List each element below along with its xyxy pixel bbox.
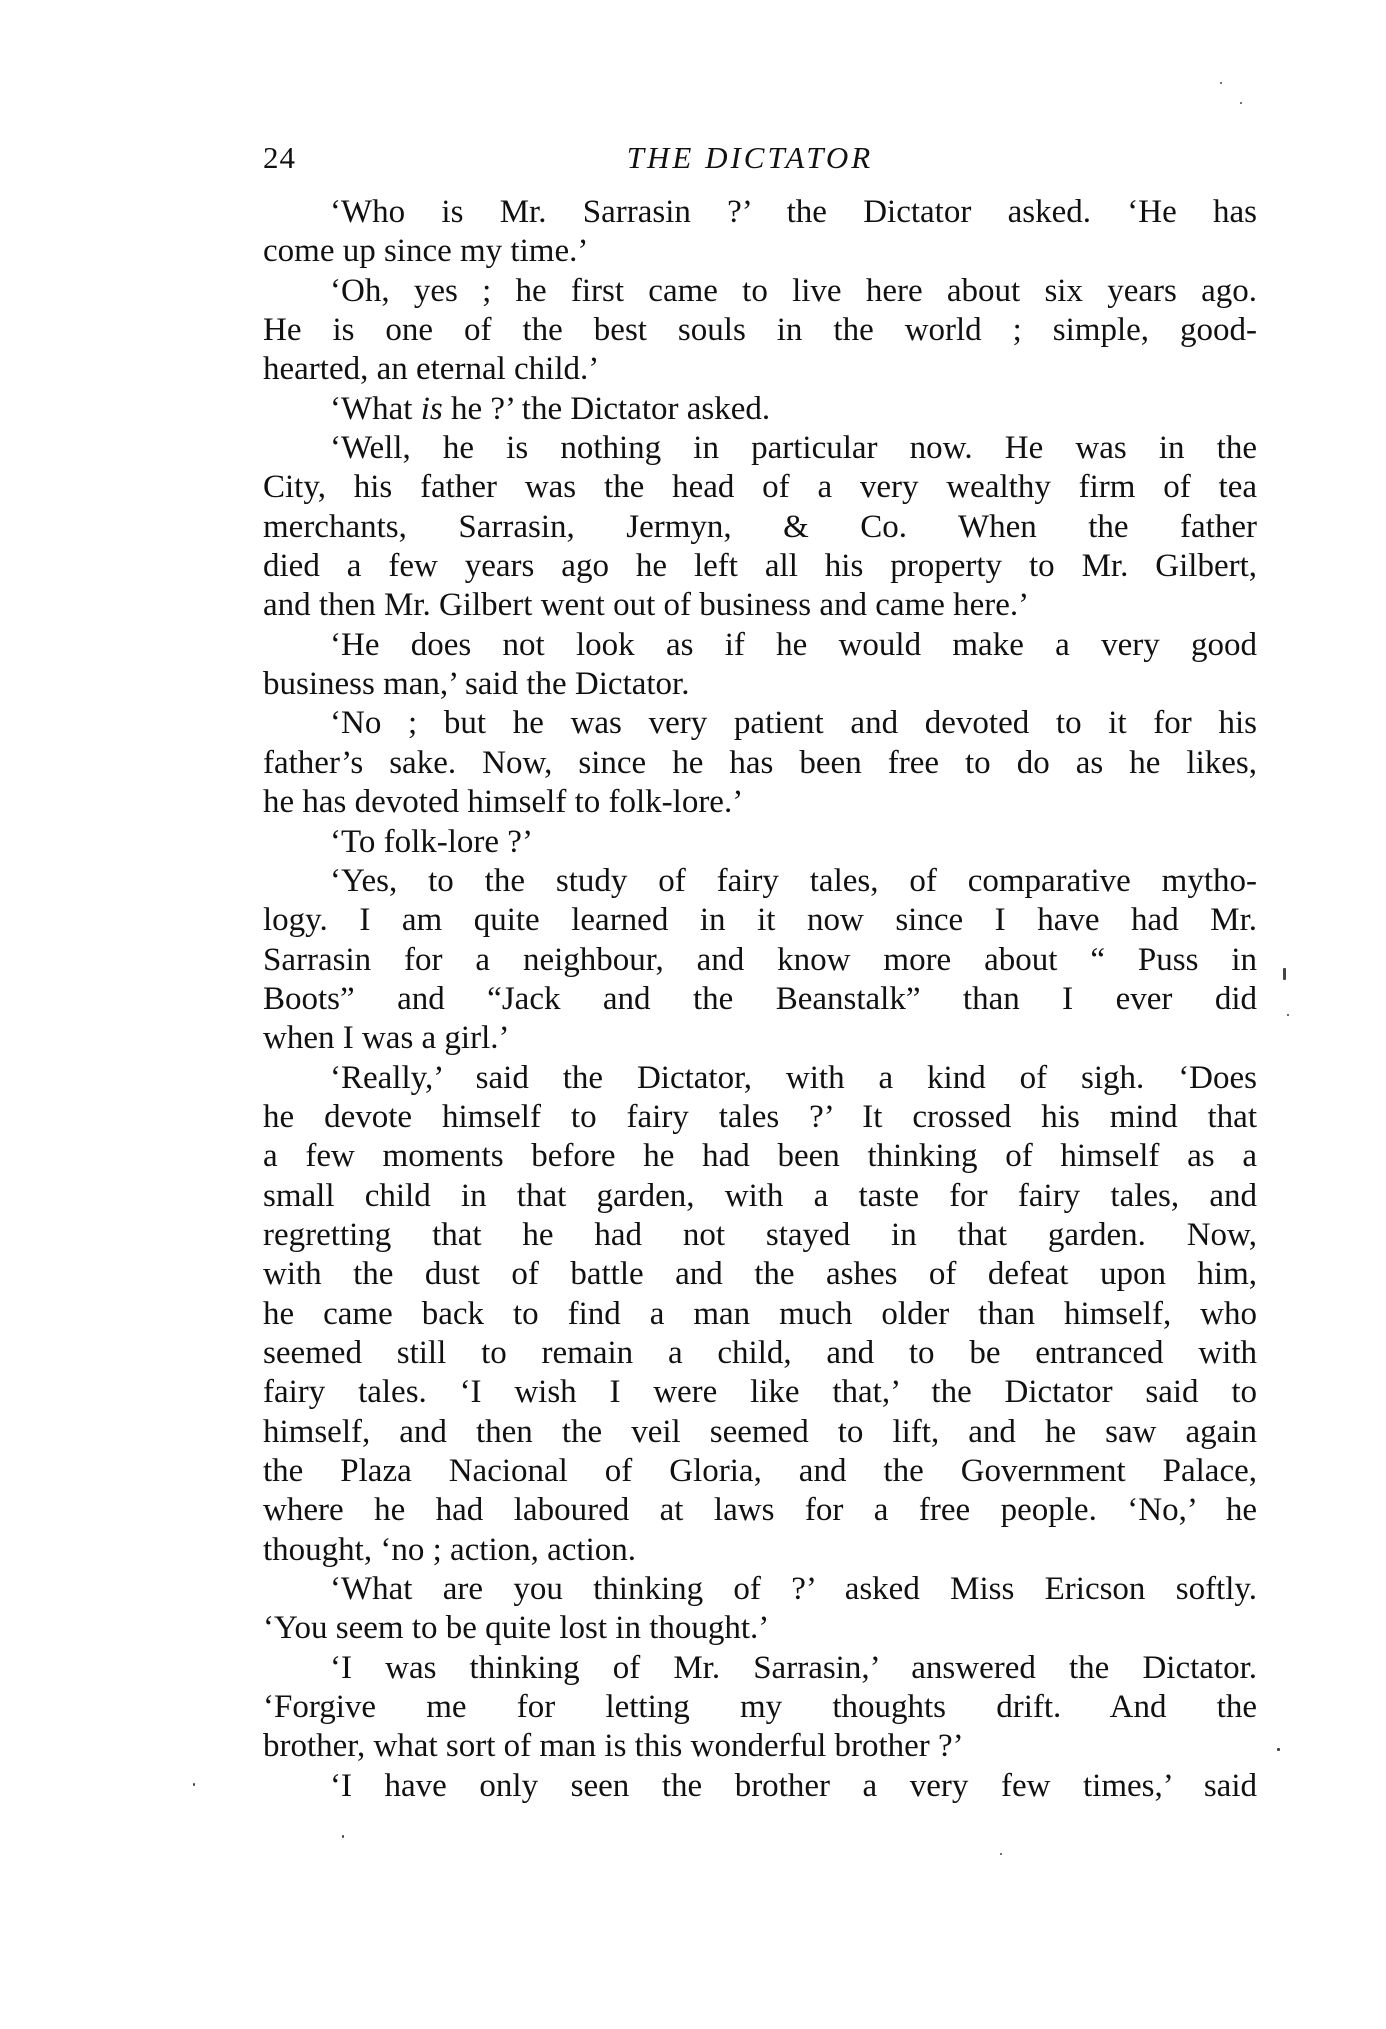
book-page: 24 THE DICTATOR ‘Who is Mr. Sarrasin ?’ … bbox=[0, 0, 1386, 2029]
italic-emphasis: is bbox=[421, 391, 443, 427]
text-line: died a few years ago he left all his pro… bbox=[263, 547, 1257, 586]
text-line: ‘I have only seen the brother a very few… bbox=[263, 1767, 1257, 1806]
text-line: logy. I am quite learned in it now since… bbox=[263, 901, 1257, 940]
text-line: fairy tales. ‘I wish I were like that,’ … bbox=[263, 1373, 1257, 1412]
text-line: hearted, an eternal child.’ bbox=[263, 350, 1257, 389]
text-line: thought, ‘no ; action, action. bbox=[263, 1531, 1257, 1570]
text-line: ‘To folk-lore ?’ bbox=[263, 823, 1257, 862]
scan-speck bbox=[342, 1835, 344, 1838]
text-line: he came back to find a man much older th… bbox=[263, 1295, 1257, 1334]
scan-speck bbox=[1000, 1853, 1002, 1855]
scan-speck bbox=[1287, 1014, 1289, 1016]
text-run: ‘What bbox=[330, 391, 421, 427]
text-line: the Plaza Nacional of Gloria, and the Go… bbox=[263, 1452, 1257, 1491]
text-line: ‘He does not look as if he would make a … bbox=[263, 626, 1257, 665]
running-head: 24 THE DICTATOR bbox=[263, 138, 1257, 178]
text-line: regretting that he had not stayed in tha… bbox=[263, 1216, 1257, 1255]
text-line: He is one of the best souls in the world… bbox=[263, 311, 1257, 350]
text-line: small child in that garden, with a taste… bbox=[263, 1177, 1257, 1216]
text-line: himself, and then the veil seemed to lif… bbox=[263, 1413, 1257, 1452]
text-line: ‘What is he ?’ the Dictator asked. bbox=[263, 390, 1257, 429]
scan-speck bbox=[1283, 968, 1286, 980]
text-line: ‘You seem to be quite lost in thought.’ bbox=[263, 1609, 1257, 1648]
text-line: ‘Forgive me for letting my thoughts drif… bbox=[263, 1688, 1257, 1727]
text-line: father’s sake. Now, since he has been fr… bbox=[263, 744, 1257, 783]
text-line: come up since my time.’ bbox=[263, 232, 1257, 271]
text-line: brother, what sort of man is this wonder… bbox=[263, 1727, 1257, 1766]
text-line: City, his father was the head of a very … bbox=[263, 468, 1257, 507]
text-line: Sarrasin for a neighbour, and know more … bbox=[263, 941, 1257, 980]
body-text: ‘Who is Mr. Sarrasin ?’ the Dictator ask… bbox=[263, 193, 1257, 1806]
scan-speck bbox=[193, 1783, 195, 1786]
text-line: business man,’ said the Dictator. bbox=[263, 665, 1257, 704]
text-line: a few moments before he had been thinkin… bbox=[263, 1137, 1257, 1176]
text-line: Boots” and “Jack and the Beanstalk” than… bbox=[263, 980, 1257, 1019]
text-line: seemed still to remain a child, and to b… bbox=[263, 1334, 1257, 1373]
text-line: he has devoted himself to folk-lore.’ bbox=[263, 783, 1257, 822]
text-line: and then Mr. Gilbert went out of busines… bbox=[263, 586, 1257, 625]
text-line: ‘What are you thinking of ?’ asked Miss … bbox=[263, 1570, 1257, 1609]
text-run: he ?’ the Dictator asked. bbox=[443, 391, 770, 427]
scan-speck bbox=[1220, 82, 1222, 84]
text-line: ‘Yes, to the study of fairy tales, of co… bbox=[263, 862, 1257, 901]
text-line: when I was a girl.’ bbox=[263, 1019, 1257, 1058]
running-title: THE DICTATOR bbox=[560, 138, 940, 178]
text-line: where he had laboured at laws for a free… bbox=[263, 1491, 1257, 1530]
text-line: ‘Oh, yes ; he first came to live here ab… bbox=[263, 272, 1257, 311]
text-line: ‘No ; but he was very patient and devote… bbox=[263, 704, 1257, 743]
scan-speck bbox=[1277, 1748, 1280, 1751]
text-line: ‘Really,’ said the Dictator, with a kind… bbox=[263, 1059, 1257, 1098]
text-line: he devote himself to fairy tales ?’ It c… bbox=[263, 1098, 1257, 1137]
text-line: ‘Who is Mr. Sarrasin ?’ the Dictator ask… bbox=[263, 193, 1257, 232]
text-line: merchants, Sarrasin, Jermyn, & Co. When … bbox=[263, 508, 1257, 547]
text-line: with the dust of battle and the ashes of… bbox=[263, 1255, 1257, 1294]
scan-speck bbox=[1240, 102, 1242, 104]
text-line: ‘I was thinking of Mr. Sarrasin,’ answer… bbox=[263, 1649, 1257, 1688]
text-line: ‘Well, he is nothing in particular now. … bbox=[263, 429, 1257, 468]
page-number: 24 bbox=[263, 138, 296, 178]
